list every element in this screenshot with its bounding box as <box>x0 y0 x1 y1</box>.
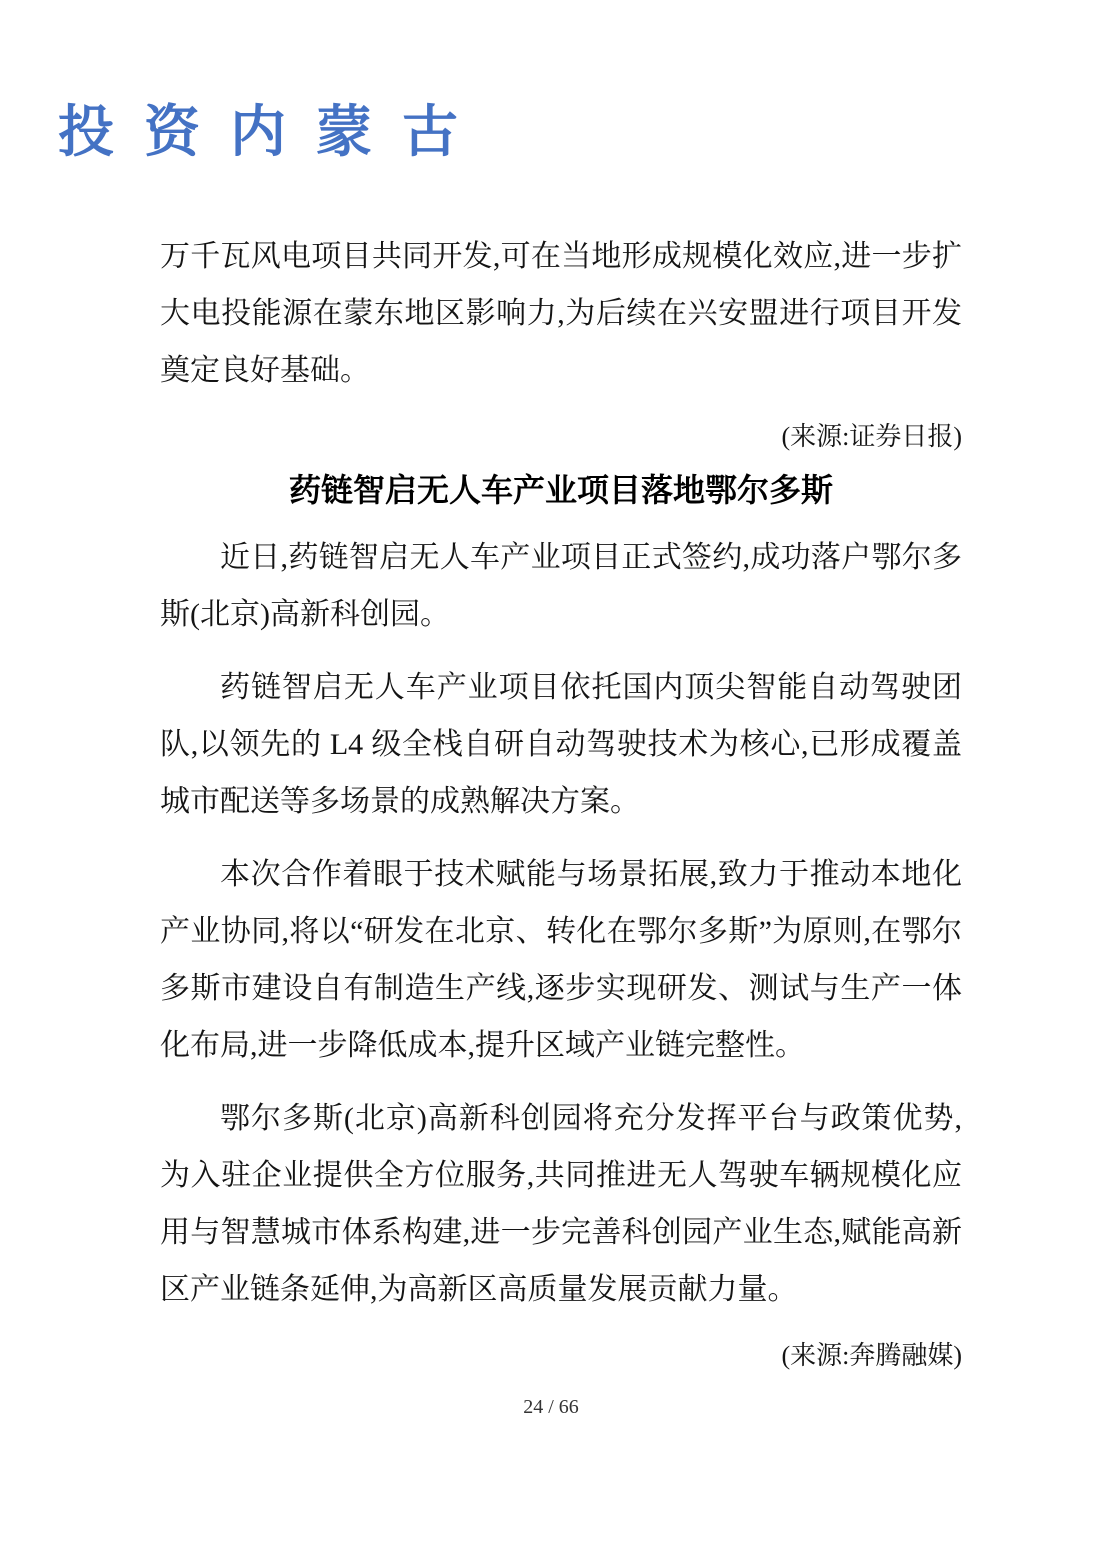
paragraph: 本次合作着眼于技术赋能与场景拓展,致力于推动本地化产业协同,将以“研发在北京、转… <box>160 846 962 1074</box>
newsletter-banner-title: 投 资 内 蒙 古 <box>58 88 466 168</box>
article-title: 药链智启无人车产业项目落地鄂尔多斯 <box>160 465 962 515</box>
page-footer: 24 / 66 <box>0 1392 1102 1422</box>
paragraph: 鄂尔多斯(北京)高新科创园将充分发挥平台与政策优势,为入驻企业提供全方位服务,共… <box>160 1090 962 1318</box>
page-number: 24 / 66 <box>523 1396 579 1418</box>
paragraph: 药链智启无人车产业项目依托国内顶尖智能自动驾驶团队,以领先的 L4 级全栈自研自… <box>160 659 962 830</box>
document-page: 投 资 内 蒙 古 万千瓦风电项目共同开发,可在当地形成规模化效应,进一步扩大电… <box>0 0 1102 1559</box>
source-attribution: (来源:证券日报) <box>160 415 962 459</box>
document-body: 万千瓦风电项目共同开发,可在当地形成规模化效应,进一步扩大电投能源在蒙东地区影响… <box>160 228 962 1384</box>
paragraph: 万千瓦风电项目共同开发,可在当地形成规模化效应,进一步扩大电投能源在蒙东地区影响… <box>160 228 962 399</box>
source-attribution: (来源:奔腾融媒) <box>160 1334 962 1378</box>
paragraph: 近日,药链智启无人车产业项目正式签约,成功落户鄂尔多斯(北京)高新科创园。 <box>160 529 962 643</box>
